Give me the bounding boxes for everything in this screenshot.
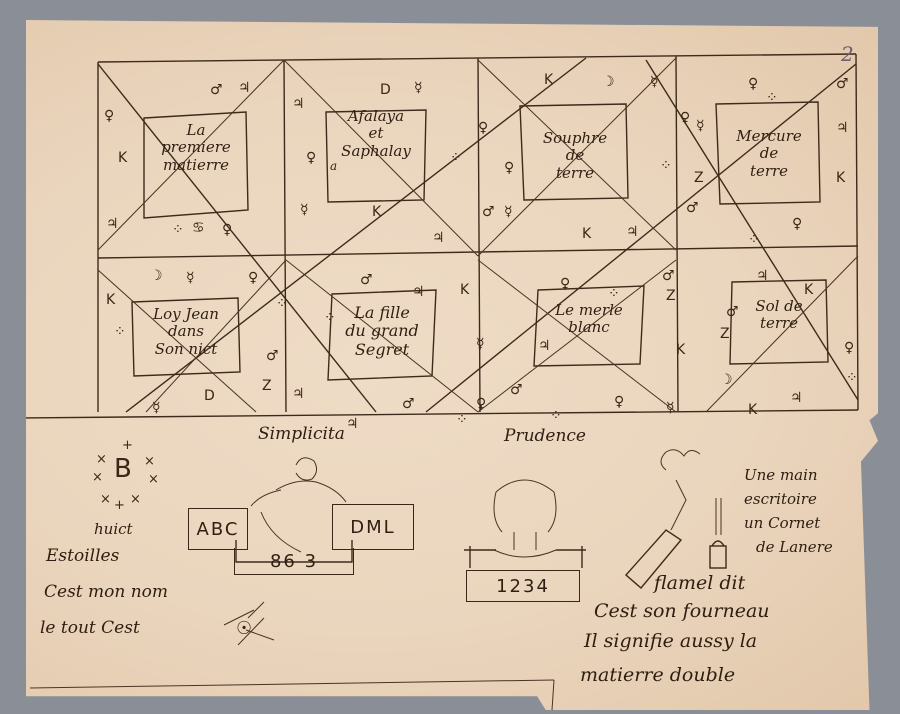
jupiter-symbol-icon: ♃ bbox=[238, 80, 251, 96]
jupiter-symbol-icon: ♃ bbox=[292, 96, 305, 112]
box-label-line: premiere bbox=[144, 139, 248, 156]
d-mark-icon: D bbox=[204, 388, 215, 404]
mercury-symbol-icon: ☿ bbox=[152, 400, 161, 416]
box-loy-jean-dans-son-nict: Loy Jean dans Son nict bbox=[132, 306, 240, 358]
k-mark-icon: K bbox=[804, 282, 813, 298]
mars-symbol-icon: ♂ bbox=[360, 272, 373, 288]
moon-symbol-icon: ☽ bbox=[150, 268, 163, 284]
box-sol-de-terre: Sol de terre bbox=[730, 298, 828, 333]
k-mark-icon: K bbox=[460, 282, 469, 298]
mercury-symbol-icon: ☿ bbox=[414, 80, 423, 96]
hand-note-line: un Cornet bbox=[744, 514, 820, 532]
mars-symbol-icon: ♂ bbox=[510, 382, 523, 398]
k-mark-icon: K bbox=[544, 72, 553, 88]
box-label-line: Sol de bbox=[730, 298, 828, 315]
star-cross-icon: × bbox=[92, 470, 103, 485]
jupiter-symbol-icon: ♃ bbox=[432, 230, 445, 246]
mars-symbol-icon: ♂ bbox=[266, 348, 279, 364]
hand-note-line: de Lanere bbox=[756, 538, 833, 556]
box-label-line: terre bbox=[730, 315, 828, 332]
venus-symbol-icon: ♀ bbox=[222, 222, 232, 238]
venus-symbol-icon: ♀ bbox=[792, 216, 802, 232]
jupiter-symbol-icon: ♃ bbox=[790, 390, 803, 406]
k-mark-icon: K bbox=[676, 342, 685, 358]
z-mark-icon: Z bbox=[262, 378, 272, 394]
k-mark-icon: K bbox=[372, 204, 381, 220]
venus-symbol-icon: ♀ bbox=[478, 120, 488, 136]
k-mark-icon: K bbox=[106, 292, 115, 308]
flamel-text-line: Il signifie aussy la bbox=[584, 630, 757, 652]
hand-note-line: escritoire bbox=[744, 490, 817, 508]
sun-dotted-icon: ⁘ bbox=[324, 310, 336, 326]
sun-dotted-icon: ⁘ bbox=[114, 324, 126, 340]
sun-dotted-icon: ⁘ bbox=[748, 232, 760, 248]
star-cross-icon: × bbox=[96, 452, 107, 467]
box-label-line: Souphre bbox=[522, 130, 628, 147]
box-label-line: de bbox=[522, 147, 628, 164]
box-label-line: matierre bbox=[144, 157, 248, 174]
mercury-symbol-icon: ☿ bbox=[186, 270, 195, 286]
jupiter-symbol-icon: ♃ bbox=[836, 120, 849, 136]
flamel-text-line: flamel dit bbox=[654, 572, 745, 594]
venus-symbol-icon: ♀ bbox=[248, 270, 258, 286]
k-mark-icon: K bbox=[836, 170, 845, 186]
sun-dotted-icon: ⁘ bbox=[276, 296, 288, 312]
sun-dotted-icon: ⁘ bbox=[846, 370, 858, 386]
venus-symbol-icon: ♀ bbox=[104, 108, 114, 124]
mercury-symbol-icon: ☿ bbox=[666, 400, 675, 416]
box-label-line: a bbox=[326, 160, 426, 174]
venus-symbol-icon: ♀ bbox=[560, 276, 570, 292]
sun-dotted-icon: ⁘ bbox=[660, 158, 672, 174]
sun-dotted-icon: ⁘ bbox=[456, 412, 468, 428]
star-cross-icon: × bbox=[148, 472, 159, 487]
z-mark-icon: Z bbox=[694, 170, 704, 186]
stars-caption-line: huict bbox=[94, 520, 133, 538]
prudence-title: Prudence bbox=[504, 426, 586, 446]
flamel-text-line: matierre double bbox=[580, 664, 735, 686]
box-souphre-de-terre: Souphre de terre bbox=[522, 130, 628, 182]
sun-dotted-icon: ⁘ bbox=[608, 286, 620, 302]
box-label-line: du grand bbox=[330, 322, 434, 340]
mercury-symbol-icon: ☿ bbox=[650, 74, 659, 90]
sun-dotted-icon: ⁘ bbox=[550, 408, 562, 424]
box-label-line: terre bbox=[522, 165, 628, 182]
jupiter-symbol-icon: ♃ bbox=[292, 386, 305, 402]
stars-caption-line: Estoilles bbox=[46, 546, 119, 566]
mars-symbol-icon: ♂ bbox=[726, 304, 739, 320]
box-label-line: Saphalay bbox=[326, 143, 426, 160]
stars-emblem: + × × × × × + × B bbox=[90, 438, 160, 528]
d-mark-icon: D bbox=[380, 82, 391, 98]
saturn-k-icon: K bbox=[118, 150, 127, 166]
box-label-line: terre bbox=[718, 163, 820, 180]
simplicita-title: Simplicita bbox=[258, 424, 345, 444]
mars-symbol-icon: ♂ bbox=[836, 76, 849, 92]
mercury-symbol-icon: ☿ bbox=[476, 336, 485, 352]
box-le-merle-blanc: Le merle blanc bbox=[536, 302, 642, 337]
k-mark-icon: K bbox=[748, 402, 757, 418]
star-cross-icon: + bbox=[122, 438, 133, 453]
box-label-line: La bbox=[144, 122, 248, 139]
box-label-line: blanc bbox=[536, 319, 642, 336]
jupiter-symbol-icon: ♃ bbox=[106, 216, 119, 232]
page-number: 2 bbox=[841, 42, 854, 66]
mars-symbol-icon: ♂ bbox=[686, 200, 699, 216]
jupiter-symbol-icon: ♃ bbox=[346, 416, 359, 432]
emblem-letter-b: B bbox=[114, 454, 132, 484]
hand-note-line: Une main bbox=[744, 466, 818, 484]
star-cross-icon: × bbox=[130, 492, 141, 507]
box-afalaya-saphalay: Afalaya et Saphalay a bbox=[326, 108, 426, 174]
box-label-line: Mercure bbox=[718, 128, 820, 145]
box-label-line: Le merle bbox=[536, 302, 642, 319]
sun-star-icon: ☉ bbox=[236, 618, 252, 639]
box-la-fille-du-grand-segret: La fille du grand Segret bbox=[330, 304, 434, 359]
moon-symbol-icon: ☽ bbox=[720, 372, 733, 388]
box-label-line: Loy Jean bbox=[132, 306, 240, 323]
mars-symbol-icon: ♂ bbox=[662, 268, 675, 284]
mars-symbol-icon: ♂ bbox=[402, 396, 415, 412]
star-cross-icon: + bbox=[114, 498, 125, 513]
jupiter-symbol-icon: ♃ bbox=[626, 224, 639, 240]
cancer-symbol-icon: ♋ bbox=[192, 220, 205, 236]
stars-caption-line: Cest mon nom bbox=[44, 582, 168, 602]
stars-caption-line: le tout Cest bbox=[40, 618, 140, 638]
venus-symbol-icon: ♀ bbox=[748, 76, 758, 92]
mercury-symbol-icon: ☿ bbox=[300, 202, 309, 218]
venus-symbol-icon: ♀ bbox=[614, 394, 624, 410]
mercury-symbol-icon: ☿ bbox=[504, 204, 513, 220]
mars-symbol-icon: ♂ bbox=[482, 204, 495, 220]
z-mark-icon: Z bbox=[666, 288, 676, 304]
venus-symbol-icon: ♀ bbox=[844, 340, 854, 356]
box-label-line: Segret bbox=[330, 341, 434, 359]
sun-dotted-icon: ⁘ bbox=[172, 222, 184, 238]
venus-symbol-icon: ♀ bbox=[306, 150, 316, 166]
flamel-text-line: Cest son fourneau bbox=[594, 600, 770, 622]
box-label-line: La fille bbox=[330, 304, 434, 322]
venus-symbol-icon: ♀ bbox=[680, 110, 690, 126]
tablet-abc: ABC bbox=[188, 508, 248, 550]
z-mark-icon: Z bbox=[720, 326, 730, 342]
jupiter-symbol-icon: ♃ bbox=[412, 284, 425, 300]
tablet-863: 86 3 bbox=[234, 548, 354, 575]
jupiter-symbol-icon: ♃ bbox=[538, 338, 551, 354]
box-label-line: Son nict bbox=[132, 341, 240, 358]
box-label-line: de bbox=[718, 145, 820, 162]
venus-symbol-icon: ♀ bbox=[476, 396, 486, 412]
moon-symbol-icon: ☽ bbox=[602, 74, 615, 90]
k-mark-icon: K bbox=[582, 226, 591, 242]
venus-symbol-icon: ♀ bbox=[504, 160, 514, 176]
tablet-1234: 1234 bbox=[466, 570, 580, 602]
box-mercure-de-terre: Mercure de terre bbox=[718, 128, 820, 180]
box-label-line: et bbox=[326, 125, 426, 142]
jupiter-symbol-icon: ♃ bbox=[756, 268, 769, 284]
star-cross-icon: × bbox=[144, 454, 155, 469]
star-cross-icon: × bbox=[100, 492, 111, 507]
box-la-premiere-matierre: La premiere matierre bbox=[144, 118, 248, 174]
box-label-line: Afalaya bbox=[326, 108, 426, 125]
tablet-dml: DML bbox=[332, 504, 414, 550]
manuscript-page: 2 La premiere matierre Afalaya et Saphal… bbox=[26, 20, 878, 710]
mars-symbol-icon: ♂ bbox=[210, 82, 223, 98]
sun-dotted-icon: ⁘ bbox=[450, 150, 462, 166]
mercury-symbol-icon: ☿ bbox=[696, 118, 705, 134]
box-label-line: dans bbox=[132, 323, 240, 340]
sun-dotted-icon: ⁘ bbox=[766, 90, 778, 106]
